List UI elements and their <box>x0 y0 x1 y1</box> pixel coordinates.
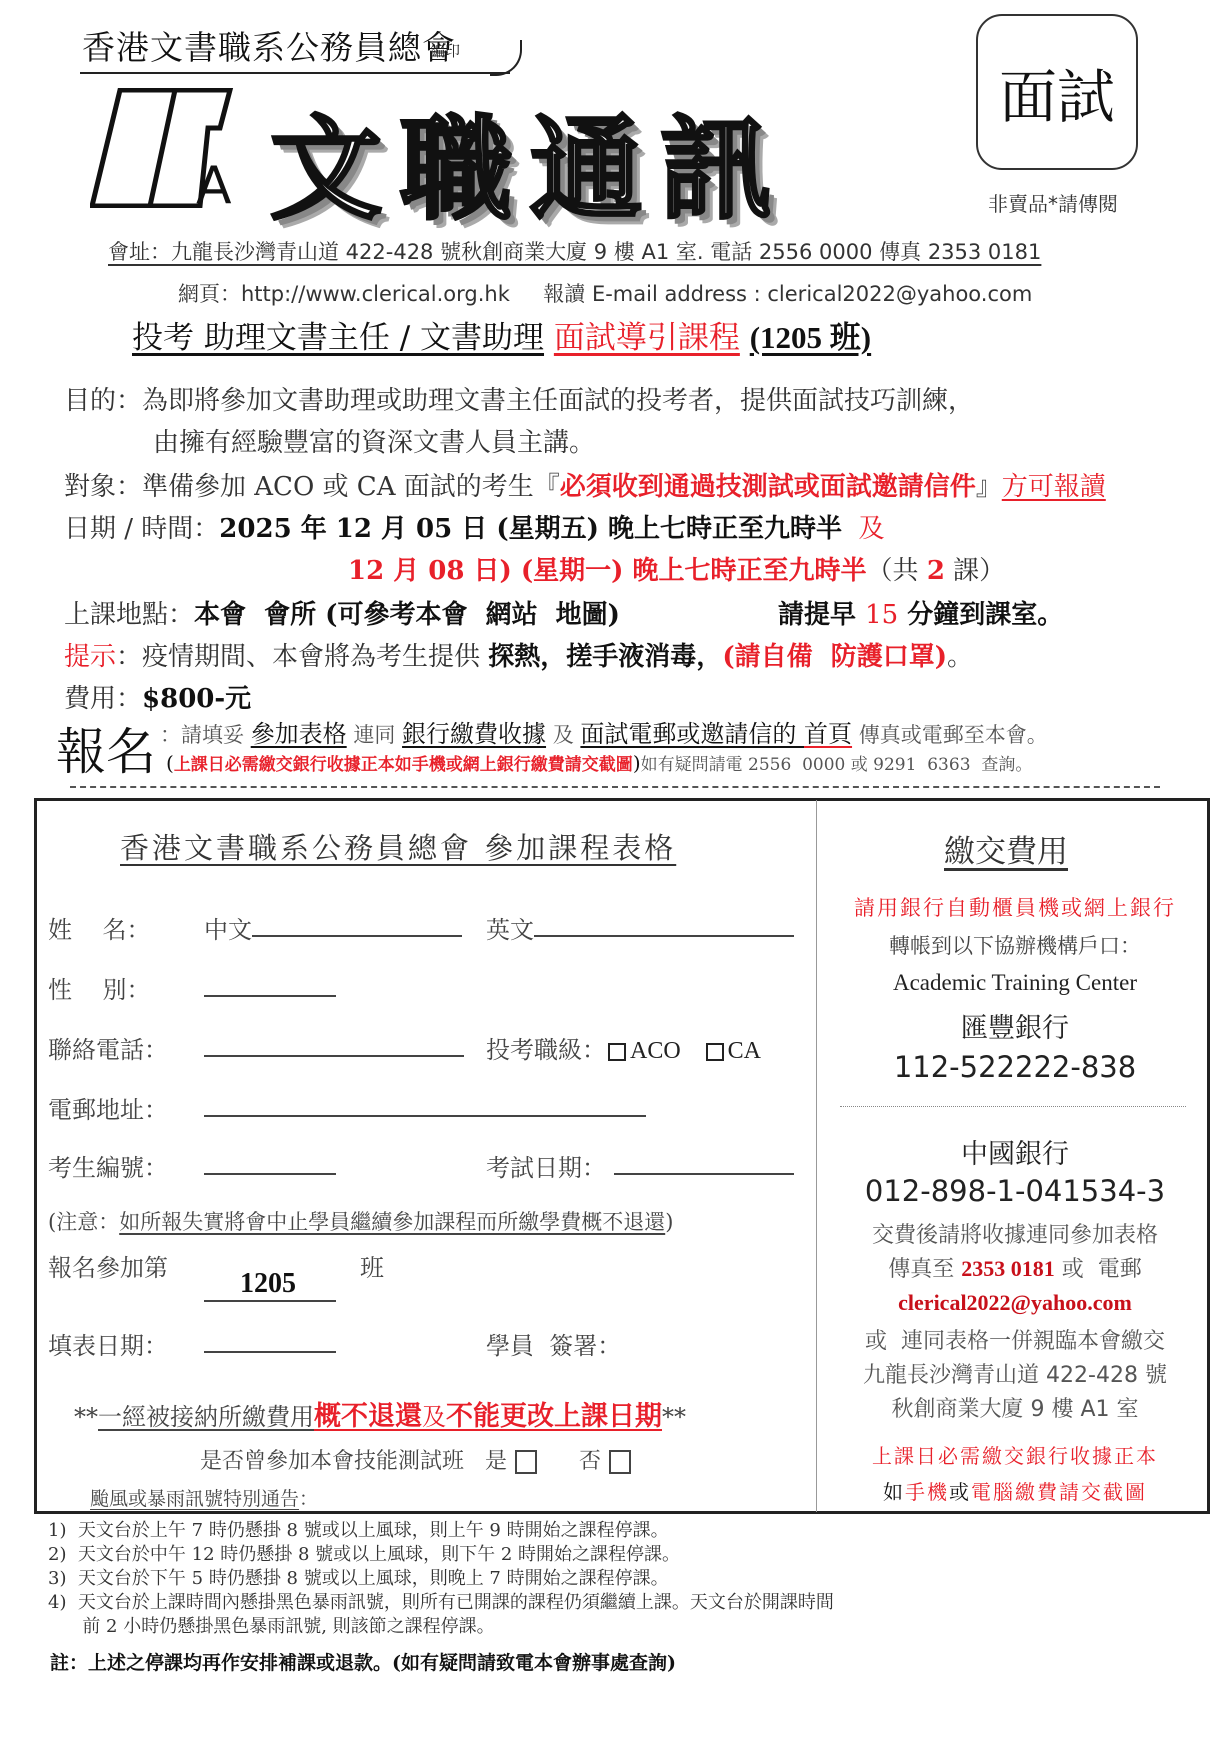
total-close: 課） <box>945 556 1005 586</box>
fill-date-label: 填表日期： <box>48 1326 168 1361</box>
date-2: 12 月 08 日) (星期一) 晚上七 <box>348 556 711 586</box>
no-checkbox[interactable] <box>609 1450 631 1474</box>
signup-email: 面試電郵或邀請信的 <box>580 720 804 748</box>
class-number: 1205 <box>240 1268 296 1300</box>
office-address-1: 九龍長沙灣青山道 422-428 號 <box>822 1358 1208 1389</box>
arrive-early: 請提早 15 分鐘到課室。 <box>778 594 1063 631</box>
address-line: 會址：九龍長沙灣青山道 422-428 號秋創商業大廈 9 樓 A1 室. 電話… <box>108 236 1041 266</box>
date-and: 及 <box>859 514 885 544</box>
total-open: （共 <box>867 556 927 586</box>
signup-text-c: 及 <box>546 723 580 747</box>
form-note: (注意：如所報失實將會中止學員繼續參加課程而所繳學費概不退還) <box>48 1206 673 1236</box>
typhoon-colon: ： <box>299 1488 318 1510</box>
transfer-instruction: 轉帳到以下協辦機構戶口： <box>822 930 1208 960</box>
refund-suffix: ** <box>662 1403 686 1431</box>
signup-reminder: (上課日必需繳交銀行收據正本如手機或網上銀行繳費請交截圖)如有疑問請電 2556… <box>166 750 1032 775</box>
date-1: 2025 年 12 月 05 日 (星期五) 晚上七 <box>219 514 686 544</box>
signup-instructions: ：請填妥 參加表格 連同 銀行繳費收據 及 面試電郵或邀請信的 首頁 傳真或電郵… <box>160 714 1048 749</box>
tip-row: 提示：疫情期間、本會將為考生提供 探熱，搓手液消毒，(請自備 防護口罩)。 <box>64 636 973 673</box>
masthead-title: 文職通訊 <box>270 80 790 241</box>
name-en-label: 英文 <box>486 910 534 945</box>
publisher-label: 編印 <box>430 40 460 61</box>
interview-badge: 面試 <box>976 14 1138 170</box>
notice-item: 2) 天文台於中午 12 時仍懸掛 8 號或以上風球，則下午 2 時開始之課程停… <box>48 1540 680 1566</box>
web-email-line: 網頁：http://www.clerical.org.hk 報讀 E-mail … <box>178 278 1032 308</box>
no-date-change: 不能更改上課日期 <box>446 1401 662 1432</box>
tip-colon: ： <box>116 642 142 672</box>
course-class-number: (1205 班) <box>750 320 871 355</box>
target-row: 對象：準備參加 ACO 或 CA 面試的考生『必須收到通過技測試或面試邀請信件』… <box>64 466 1106 503</box>
refund-and: 及 <box>422 1403 446 1431</box>
target-text: 準備參加 ACO 或 CA 面試的考生『 <box>142 472 560 502</box>
arrive-minutes: 15 <box>865 600 898 630</box>
target-requirement: 必須收到通過技測試或面試邀請信件 <box>560 472 976 502</box>
yes-checkbox[interactable] <box>515 1450 537 1474</box>
notice-item: 前 2 小時仍懸掛黑色暴雨訊號, 則該節之課程停課。 <box>48 1612 495 1638</box>
notice-item: 1) 天文台於上午 7 時仍懸掛 8 號或以上風球，則上午 9 時開始之課程停課… <box>48 1516 669 1542</box>
notice-item: 3) 天文台於下午 5 時仍懸掛 8 號或以上風球，則晚上 7 時開始之課程停課… <box>48 1564 669 1590</box>
phone-field[interactable] <box>204 1055 464 1057</box>
remind-a: 如 <box>883 1480 905 1504</box>
note-text: 如所報失實將會中止學員繼續參加課程而所繳學費概不退還 <box>119 1210 665 1234</box>
remind-mobile: 手機 <box>905 1480 949 1504</box>
refund-policy: **一經被接納所繳費用概不退還及不能更改上課日期** <box>74 1394 686 1433</box>
payee-name: Academic Training Center <box>822 970 1208 996</box>
signup-form: 參加表格 <box>251 720 347 748</box>
final-note: 註：上述之停課均再作安排補課或退款。(如有疑問請致電本會辦事處查詢) <box>50 1648 676 1675</box>
name-en-field[interactable] <box>534 935 794 937</box>
tip-text: 疫情期間、本會將為考生提供 <box>142 642 488 672</box>
candidate-no-field[interactable] <box>204 1173 336 1175</box>
refund-prefix: ** <box>74 1403 98 1431</box>
payment-instruction: 請用銀行自動櫃員機或網上銀行 <box>822 892 1208 922</box>
phone-label: 聯絡電話： <box>48 1030 168 1065</box>
fax-prefix: 傳真至 <box>888 1257 961 1282</box>
email-label: 電郵地址： <box>48 1090 168 1125</box>
purpose-row-2: 由擁有經驗豐富的資深文書人員主講。 <box>153 422 595 459</box>
exam-date-field[interactable] <box>614 1173 794 1175</box>
arrive-prefix: 請提早 <box>778 600 865 630</box>
org-underline-curve <box>490 40 522 76</box>
class-number-line <box>204 1300 336 1302</box>
ca-checkbox[interactable] <box>706 1043 724 1061</box>
receipt-reminder-2: 如手機或電腦繳費請交截圖 <box>822 1476 1208 1505</box>
name-cn-field[interactable] <box>252 935 462 937</box>
signup-text-d: 傳真或電郵至本會。 <box>852 723 1048 747</box>
venue-label: 上課地點： <box>64 600 194 630</box>
skill-test-question: 是否曾參加本會技能測試班 是 否 <box>200 1444 631 1475</box>
grade-label: 投考職級： <box>486 1036 606 1064</box>
aco-checkbox[interactable] <box>608 1043 626 1061</box>
yes-label: 是 <box>485 1449 507 1474</box>
no-label: 否 <box>579 1449 601 1474</box>
course-title: 投考 助理文書主任 / 文書助理 面試導引課程 (1205 班) <box>132 312 871 357</box>
tip-label: 提示 <box>64 642 116 672</box>
account-hsbc: 112-522222-838 <box>822 1050 1208 1084</box>
fee-label: 費用： <box>64 684 142 714</box>
signup-text-b: 連同 <box>347 723 402 747</box>
class-suffix: 班 <box>360 1248 384 1283</box>
note-suffix: ) <box>665 1210 673 1234</box>
grade-row: 投考職級：ACO CA <box>486 1030 761 1065</box>
organization-name: 香港文書職系公務員總會 <box>82 22 456 69</box>
signup-label: 報名 <box>56 712 156 784</box>
name-cn-label: 中文 <box>204 910 252 945</box>
remind-computer: 電腦繳費請交截圖 <box>971 1480 1147 1504</box>
target-close: 』 <box>976 472 1002 502</box>
venue-row: 上課地點：本會 會所 (可參考本會 網站 地圖) <box>64 594 620 631</box>
bank-separator <box>840 1106 1186 1107</box>
form-divider <box>816 800 817 1512</box>
receipt-reminder-1: 上課日必需繳交銀行收據正本 <box>822 1440 1208 1469</box>
name-label: 姓 名： <box>48 910 151 945</box>
tip-end: 。 <box>947 642 973 672</box>
org-underline <box>80 72 510 74</box>
bank-hsbc: 匯豐銀行 <box>822 1006 1208 1045</box>
fee-row: 費用：$800-元 <box>64 678 251 715</box>
exam-date-label: 考試日期： <box>486 1148 606 1183</box>
purpose-label: 目的： <box>64 386 142 416</box>
tip-mask: (請自備 防護口罩) <box>722 642 947 672</box>
not-for-sale-note: 非賣品*請傳閱 <box>988 188 1118 217</box>
typhoon-title: 颱風或暴雨訊號特別通告： <box>90 1484 318 1511</box>
signup-receipt: 銀行繳費收據 <box>402 720 546 748</box>
form-title: 香港文書職系公務員總會 參加課程表格 <box>120 826 676 867</box>
refund-text: 一經被接納所繳費用 <box>98 1403 314 1431</box>
course-title-highlight: 面試導引課程 <box>554 320 740 356</box>
cut-line <box>70 786 1160 788</box>
payment-title: 繳交費用 <box>944 826 1068 871</box>
gender-label: 性 別： <box>48 970 151 1005</box>
aco-label: ACO <box>630 1038 681 1064</box>
receipt-reminder: 上課日必需繳交銀行收據正本如手機或網上銀行繳費請交截圖 <box>174 755 633 775</box>
no-refund: 概不退還 <box>314 1401 422 1432</box>
fax-line: 傳真至 2353 0181 或 電郵 <box>822 1252 1208 1283</box>
total-lessons: 2 <box>927 556 945 586</box>
fee-amount: $800-元 <box>142 684 251 714</box>
candidate-no-label: 考生編號： <box>48 1148 168 1183</box>
venue-text: 本會 會所 (可參考本會 網站 地圖) <box>194 600 620 630</box>
fill-date-field[interactable] <box>204 1351 336 1353</box>
bank-boc: 中國銀行 <box>822 1132 1208 1171</box>
after-payment-note: 交費後請將收據連同參加表格 <box>822 1218 1208 1249</box>
note-prefix: (注意： <box>48 1210 119 1234</box>
date-row-1: 日期 / 時間：2025 年 12 月 05 日 (星期五) 晚上七時正至九時半… <box>64 508 885 545</box>
logo-letter: A <box>196 160 232 212</box>
eligible-link: 方可報讀 <box>1002 472 1106 502</box>
email-field[interactable] <box>204 1115 646 1117</box>
arrive-suffix: 分鐘到課室。 <box>898 600 1063 630</box>
fax-number: 2353 0181 <box>961 1256 1055 1281</box>
remind-or: 或 <box>949 1480 971 1504</box>
paren-open: ( <box>166 751 174 775</box>
paren-close: ) <box>633 751 641 775</box>
gender-field[interactable] <box>204 995 336 997</box>
signup-text-a: ：請填妥 <box>160 723 251 747</box>
class-label: 報名參加第 <box>48 1248 168 1283</box>
payment-email: clerical2022@yahoo.com <box>822 1290 1208 1316</box>
signup-first-page: 首頁 <box>804 720 852 748</box>
tip-hygiene: 探熱，搓手液消毒， <box>488 642 722 672</box>
signature-label: 學員 簽署： <box>486 1326 621 1361</box>
office-address-2: 秋創商業大廈 9 樓 A1 室 <box>822 1392 1208 1423</box>
in-person-line: 或 連同表格一併親臨本會繳交 <box>822 1324 1208 1355</box>
date-label: 日期 / 時間： <box>64 514 219 544</box>
account-boc: 012-898-1-041534-3 <box>822 1174 1208 1208</box>
purpose-text: 為即將參加文書助理或助理文書主任面試的投考者，提供面試技巧訓練， <box>142 386 974 416</box>
skill-question-text: 是否曾參加本會技能測試班 <box>200 1449 464 1474</box>
contact-phones: 如有疑問請電 2556 0000 或 9291 6363 查詢。 <box>641 755 1033 775</box>
purpose-row: 目的：為即將參加文書助理或助理文書主任面試的投考者，提供面試技巧訓練， <box>64 380 974 417</box>
notice-item: 4) 天文台於上課時間內懸掛黑色暴雨訊號，則所有已開課的課程仍須繼續上課。天文台… <box>48 1588 834 1614</box>
ca-label: CA <box>728 1038 761 1064</box>
date-row-2: 12 月 08 日) (星期一) 晚上七時正至九時半（共 2 課） <box>348 550 1005 587</box>
typhoon-title-text: 颱風或暴雨訊號特別通告 <box>90 1488 299 1510</box>
course-title-prefix: 投考 助理文書主任 / 文書助理 <box>132 320 544 356</box>
fax-suffix: 或 電郵 <box>1055 1257 1142 1282</box>
date-2-time: 時正至九時半 <box>711 556 867 586</box>
date-1-time: 時正至九時半 <box>686 514 842 544</box>
target-label: 對象： <box>64 472 142 502</box>
